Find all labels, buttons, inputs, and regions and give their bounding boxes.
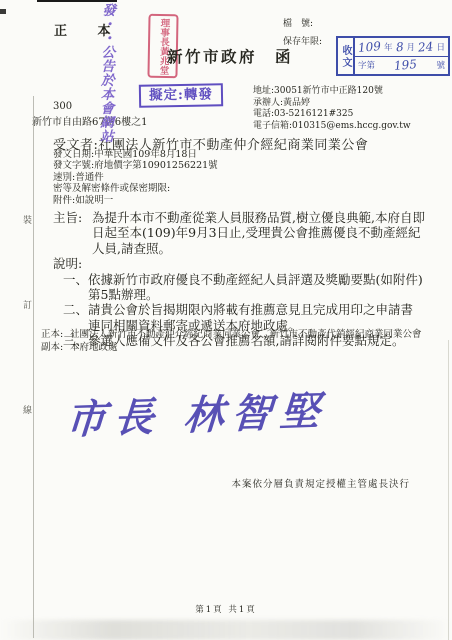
- receipt-year-handwritten: 109: [357, 39, 381, 55]
- recipient-street: 新竹市自由路67號6樓之1: [32, 113, 147, 128]
- recipient-zip: 300: [53, 101, 72, 112]
- contact-officer: 承辦人:黃品婷: [253, 98, 411, 110]
- copy-text: 本府地政處: [70, 342, 425, 355]
- meta-attachment: 附件:如說明一: [53, 195, 218, 206]
- receipt-number-prefix: 字第: [358, 59, 375, 71]
- file-number-label: 檔 號:: [283, 16, 313, 29]
- binding-mark-zhuang: 裝: [23, 213, 33, 226]
- binding-line: [33, 96, 34, 638]
- distribution-block: 正本: 社團法人新竹市不動產仲介經紀商業同業公會、新竹市不動產代銷經紀商業同業公…: [41, 329, 425, 354]
- retention-period-label: 保存年限:: [283, 34, 322, 47]
- document-title: 新竹市政府 函: [167, 45, 293, 67]
- receipt-day-handwritten: 24: [417, 39, 433, 54]
- received-date-stamp: 收文 109 年 8 月 24 日 字第 195 號: [336, 36, 450, 76]
- document-meta-block: 發文日期:中華民國109年8月18日 發文字號:府地價字第10901256221…: [53, 149, 218, 206]
- original-text: 社團法人新竹市不動產仲介經紀商業同業公會、新竹市不動產代銷經紀商業同業公會: [70, 329, 425, 342]
- contact-email: 電子信箱:010315@ems.hccg.gov.tw: [253, 121, 411, 133]
- scan-artifact-top-line: [37, 0, 117, 2]
- meta-security-class: 密等及解密條件或保密期限:: [53, 183, 218, 194]
- receipt-month-handwritten: 8: [395, 39, 404, 54]
- meta-issue-date: 發文日期:中華民國109年8月18日: [53, 149, 218, 160]
- meta-doc-number: 發文字號:府地價字第10901256221號: [53, 160, 218, 171]
- page-number-footer: 第1頁 共1頁: [0, 603, 452, 615]
- handwritten-note: 發・・公告於本會網站: [95, 3, 117, 143]
- binding-mark-ding: 訂: [23, 298, 33, 311]
- item-1-text: 依據新竹市政府優良不動產經紀人員評選及獎勵要點(如附件)第5點辦理。: [88, 272, 425, 303]
- explanation-item-1: 一、 依據新竹市政府優良不動產經紀人員評選及獎勵要點(如附件)第5點辦理。: [63, 272, 425, 303]
- subject-label: 主旨:: [53, 210, 92, 256]
- letter-body: 主旨: 為提升本市不動產從業人員服務品質,樹立優良典範,本府自即日起至本(109…: [53, 210, 425, 349]
- authorization-note: 本案依分層負責規定授權主管處長決行: [231, 476, 410, 490]
- binding-mark-xian: 線: [23, 403, 33, 416]
- sender-contact-block: 地址:30051新竹市中正路120號 承辦人:黃品婷 電話:03-5216121…: [253, 86, 411, 132]
- mayor-signature: 市長 林智堅: [64, 379, 330, 445]
- subject-text: 為提升本市不動產從業人員服務品質,樹立優良典範,本府自即日起至本(109)年9月…: [92, 210, 425, 256]
- scanned-official-letter: 正 本 發・・公告於本會網站 理事長黃兆堂 擬定:轉發 新竹市政府 函 檔 號:…: [0, 0, 452, 640]
- original-label: 正本:: [41, 329, 70, 342]
- distribution-original-row: 正本: 社團法人新竹市不動產仲介經紀商業同業公會、新竹市不動產代銷經紀商業同業公…: [41, 329, 425, 342]
- receipt-number-suffix: 號: [436, 59, 445, 71]
- scan-artifact-right-edge: [448, 340, 449, 640]
- receipt-month-label: 月: [406, 41, 415, 53]
- receipt-number-handwritten: 195: [394, 57, 418, 73]
- scan-artifact-edge-mark: [0, 9, 6, 14]
- receipt-stamp-org: 收文: [338, 38, 355, 74]
- receipt-day-label: 日: [436, 41, 445, 53]
- item-1-number: 一、: [63, 272, 88, 303]
- contact-phone: 電話:03-5216121#325: [253, 109, 411, 121]
- contact-address: 地址:30051新竹市中正路120號: [253, 86, 411, 98]
- meta-speed-class: 速別:普通件: [53, 172, 218, 183]
- receipt-year-label: 年: [384, 41, 393, 53]
- explanation-label: 說明:: [53, 256, 425, 271]
- distribution-copy-row: 副本: 本府地政處: [41, 342, 425, 355]
- drafting-action-stamp: 擬定:轉發: [139, 83, 223, 107]
- receipt-date-row: 109 年 8 月 24 日: [355, 38, 448, 57]
- receipt-number-row: 字第 195 號: [355, 57, 448, 75]
- copy-label: 副本:: [41, 342, 70, 355]
- scan-artifact-smudge: [0, 620, 452, 640]
